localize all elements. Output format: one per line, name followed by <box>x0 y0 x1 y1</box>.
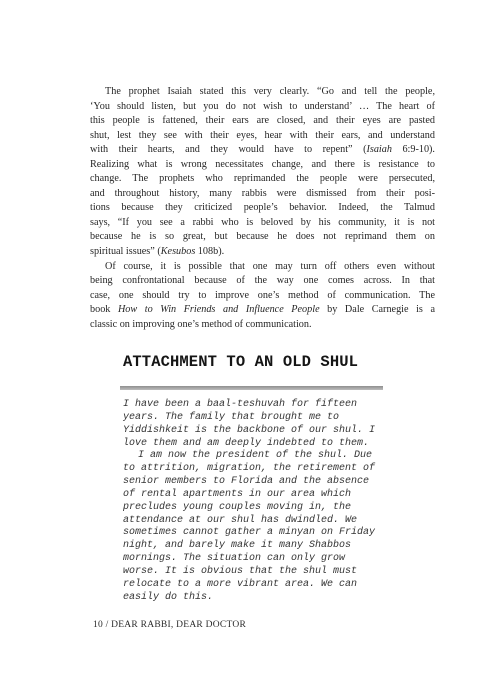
text-line: because he is so great, but because he d… <box>90 230 435 245</box>
text-line: classic on improving one’s method of com… <box>90 318 435 333</box>
text-line: relocate to a more vibrant area. We can <box>123 579 401 592</box>
text-line: I have been a baal-teshuvah for fifteen <box>123 399 401 412</box>
text-line: book How to Win Friends and Influence Pe… <box>90 303 435 318</box>
section-rule-divider <box>120 386 383 390</box>
text-line: and throughout history, many rabbis were… <box>90 187 435 202</box>
text-line: Yiddishkeit is the backbone of our shul.… <box>123 425 401 438</box>
text-line: sometimes cannot gather a minyan on Frid… <box>123 527 401 540</box>
text-line: shut, lest they see with their eyes, hea… <box>90 129 435 144</box>
text-line: says, “If you see a rabbi who is beloved… <box>90 216 435 231</box>
book-page: The prophet Isaiah stated this very clea… <box>0 0 490 700</box>
text-line: attendance at our shul has dwindled. We <box>123 515 401 528</box>
main-body-text: The prophet Isaiah stated this very clea… <box>90 85 435 332</box>
text-line: spiritual issues” (Kesubos 108b). <box>90 245 435 260</box>
text-line: easily do this. <box>123 592 401 605</box>
text-line: love them and am deeply indebted to them… <box>123 438 401 451</box>
text-line: being confrontational because of the way… <box>90 274 435 289</box>
text-line: years. The family that brought me to <box>123 412 401 425</box>
letter-quote-block: I have been a baal-teshuvah for fifteeny… <box>123 399 401 605</box>
text-line: senior members to Florida and the absenc… <box>123 476 401 489</box>
text-line: this people is fattened, their ears are … <box>90 114 435 129</box>
text-line: ‘You should listen, but you do not wish … <box>90 100 435 115</box>
text-line: night, and barely make it many Shabbos <box>123 540 401 553</box>
page-footer: 10 / DEAR RABBI, DEAR DOCTOR <box>93 620 246 630</box>
text-line: I am now the president of the shul. Due <box>123 450 401 463</box>
text-line: worse. It is obvious that the shul must <box>123 566 401 579</box>
section-heading: ATTACHMENT TO AN OLD SHUL <box>123 353 358 372</box>
text-line: mornings. The situation can only grow <box>123 553 401 566</box>
text-line: to attrition, migration, the retirement … <box>123 463 401 476</box>
text-line: tions because they criticized people’s b… <box>90 201 435 216</box>
text-line: precludes young couples moving in, the <box>123 502 401 515</box>
text-line: with their hearts, and they would have t… <box>90 143 435 158</box>
text-line: change. The prophets who reprimanded the… <box>90 172 435 187</box>
text-line: The prophet Isaiah stated this very clea… <box>90 85 435 100</box>
text-line: Realizing what is wrong necessitates cha… <box>90 158 435 173</box>
text-line: case, one should try to improve one’s me… <box>90 289 435 304</box>
text-line: Of course, it is possible that one may t… <box>90 260 435 275</box>
text-line: of rental apartments in our area which <box>123 489 401 502</box>
